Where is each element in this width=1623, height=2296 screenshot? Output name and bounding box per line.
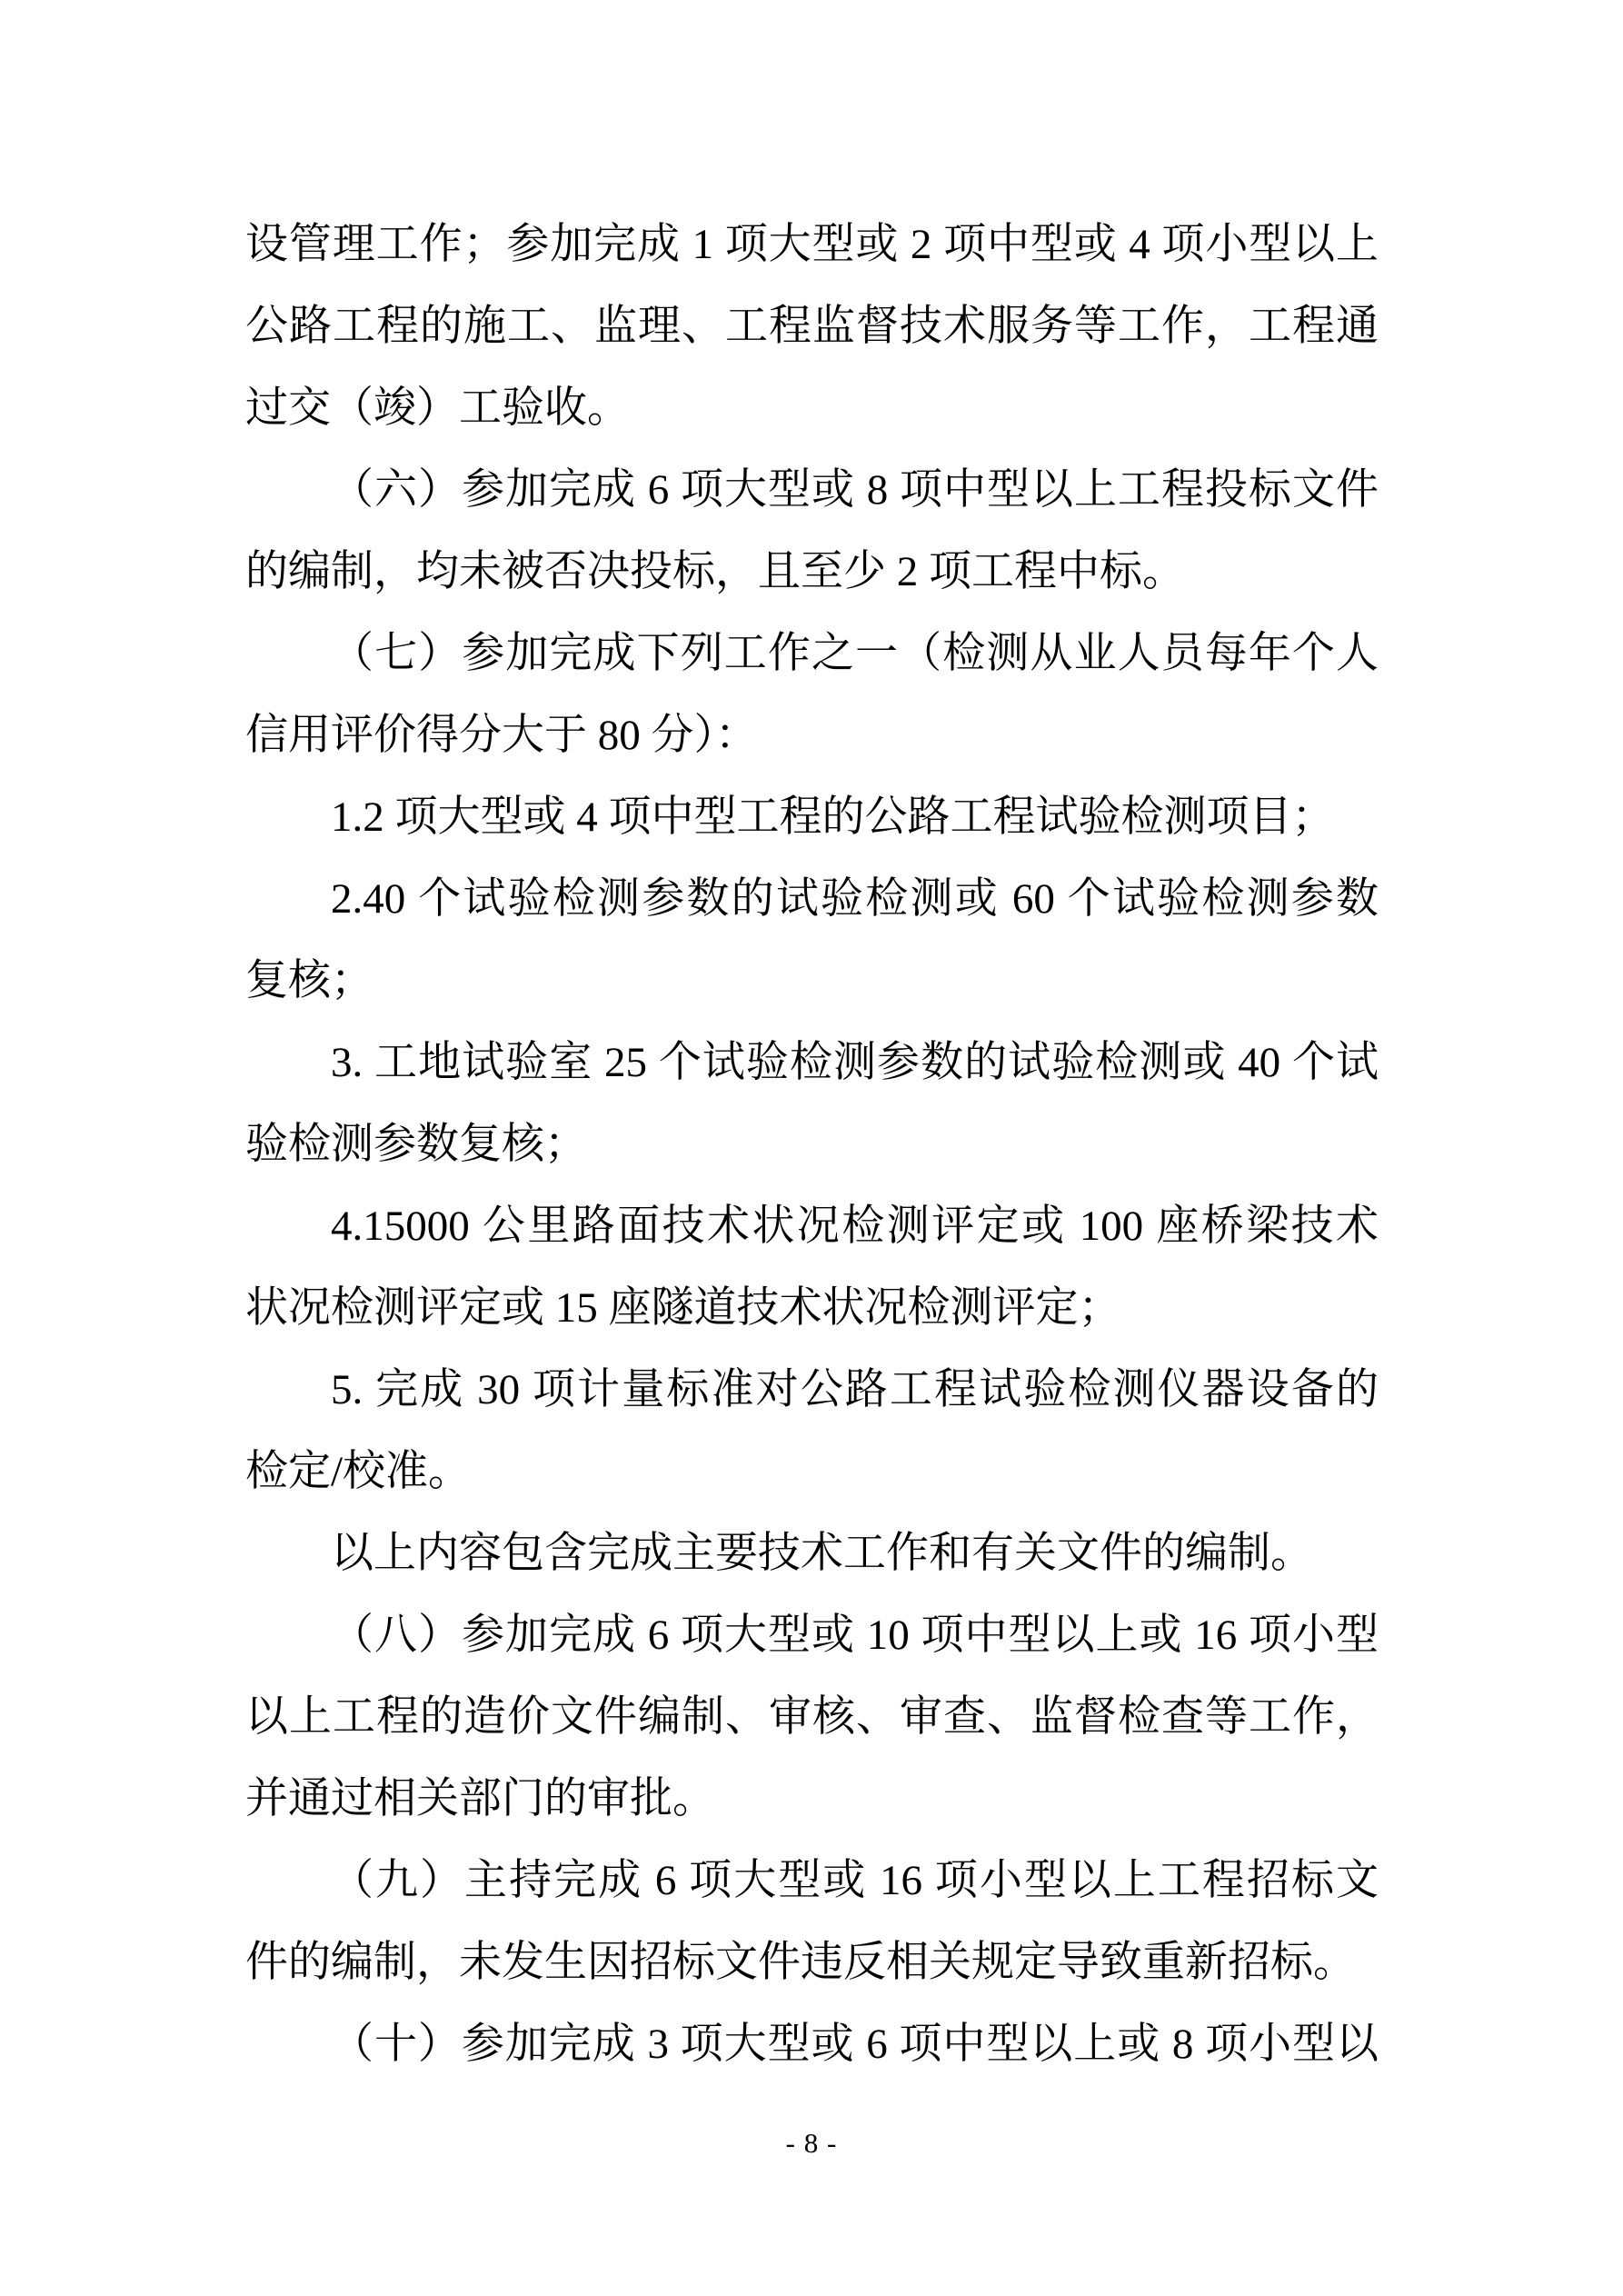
text-line: 2.40 个试验检测参数的试验检测或 60 个试验检测参数 [245,858,1379,940]
paragraph: 1.2 项大型或 4 项中型工程的公路工程试验检测项目； [245,776,1379,858]
text-line: 过交（竣）工验收。 [245,367,1379,449]
paragraph: （八）参加完成 6 项大型或 10 项中型以上或 16 项小型以上工程的造价文件… [245,1594,1379,1840]
text-line: 设管理工作；参加完成 1 项大型或 2 项中型或 4 项小型以上 [245,204,1379,285]
text-line: 公路工程的施工、监理、工程监督技术服务等工作，工程通 [245,285,1379,367]
paragraph: （七）参加完成下列工作之一（检测从业人员每年个人信用评价得分大于 80 分）： [245,613,1379,776]
text-line: 4.15000 公里路面技术状况检测评定或 100 座桥梁技术 [245,1185,1379,1267]
text-line: 状况检测评定或 15 座隧道技术状况检测评定； [245,1267,1379,1349]
text-line: 以上工程的造价文件编制、审核、审查、监督检查等工作， [245,1676,1379,1758]
text-line: 1.2 项大型或 4 项中型工程的公路工程试验检测项目； [245,776,1379,858]
paragraph: 设管理工作；参加完成 1 项大型或 2 项中型或 4 项小型以上公路工程的施工、… [245,204,1379,449]
paragraph: 3. 工地试验室 25 个试验检测参数的试验检测或 40 个试验检测参数复核； [245,1022,1379,1185]
text-line: （九）主持完成 6 项大型或 16 项小型以上工程招标文 [245,1840,1379,1922]
text-line: 复核； [245,940,1379,1022]
paragraph: 2.40 个试验检测参数的试验检测或 60 个试验检测参数复核； [245,858,1379,1022]
text-line: 并通过相关部门的审批。 [245,1758,1379,1840]
paragraph: （十）参加完成 3 项大型或 6 项中型以上或 8 项小型以 [245,2003,1379,2085]
paragraph: （九）主持完成 6 项大型或 16 项小型以上工程招标文件的编制，未发生因招标文… [245,1840,1379,2003]
text-line: （七）参加完成下列工作之一（检测从业人员每年个人 [245,613,1379,694]
text-line: （十）参加完成 3 项大型或 6 项中型以上或 8 项小型以 [245,2003,1379,2085]
text-line: 验检测参数复核； [245,1103,1379,1185]
text-line: 的编制，均未被否决投标，且至少 2 项工程中标。 [245,531,1379,613]
paragraph: （六）参加完成 6 项大型或 8 项中型以上工程投标文件的编制，均未被否决投标，… [245,449,1379,613]
document-body: 设管理工作；参加完成 1 项大型或 2 项中型或 4 项小型以上公路工程的施工、… [245,204,1379,2085]
text-line: 以上内容包含完成主要技术工作和有关文件的编制。 [245,1512,1379,1594]
paragraph: 以上内容包含完成主要技术工作和有关文件的编制。 [245,1512,1379,1594]
text-line: 5. 完成 30 项计量标准对公路工程试验检测仪器设备的 [245,1349,1379,1431]
document-page: 设管理工作；参加完成 1 项大型或 2 项中型或 4 项小型以上公路工程的施工、… [0,0,1623,2296]
paragraph: 4.15000 公里路面技术状况检测评定或 100 座桥梁技术状况检测评定或 1… [245,1185,1379,1349]
text-line: 信用评价得分大于 80 分）： [245,694,1379,776]
text-line: （八）参加完成 6 项大型或 10 项中型以上或 16 项小型 [245,1594,1379,1676]
text-line: （六）参加完成 6 项大型或 8 项中型以上工程投标文件 [245,449,1379,531]
text-line: 件的编制，未发生因招标文件违反相关规定导致重新招标。 [245,1922,1379,2003]
paragraph: 5. 完成 30 项计量标准对公路工程试验检测仪器设备的检定/校准。 [245,1349,1379,1512]
text-line: 检定/校准。 [245,1431,1379,1512]
page-number: - 8 - [0,2125,1623,2161]
text-line: 3. 工地试验室 25 个试验检测参数的试验检测或 40 个试 [245,1022,1379,1103]
